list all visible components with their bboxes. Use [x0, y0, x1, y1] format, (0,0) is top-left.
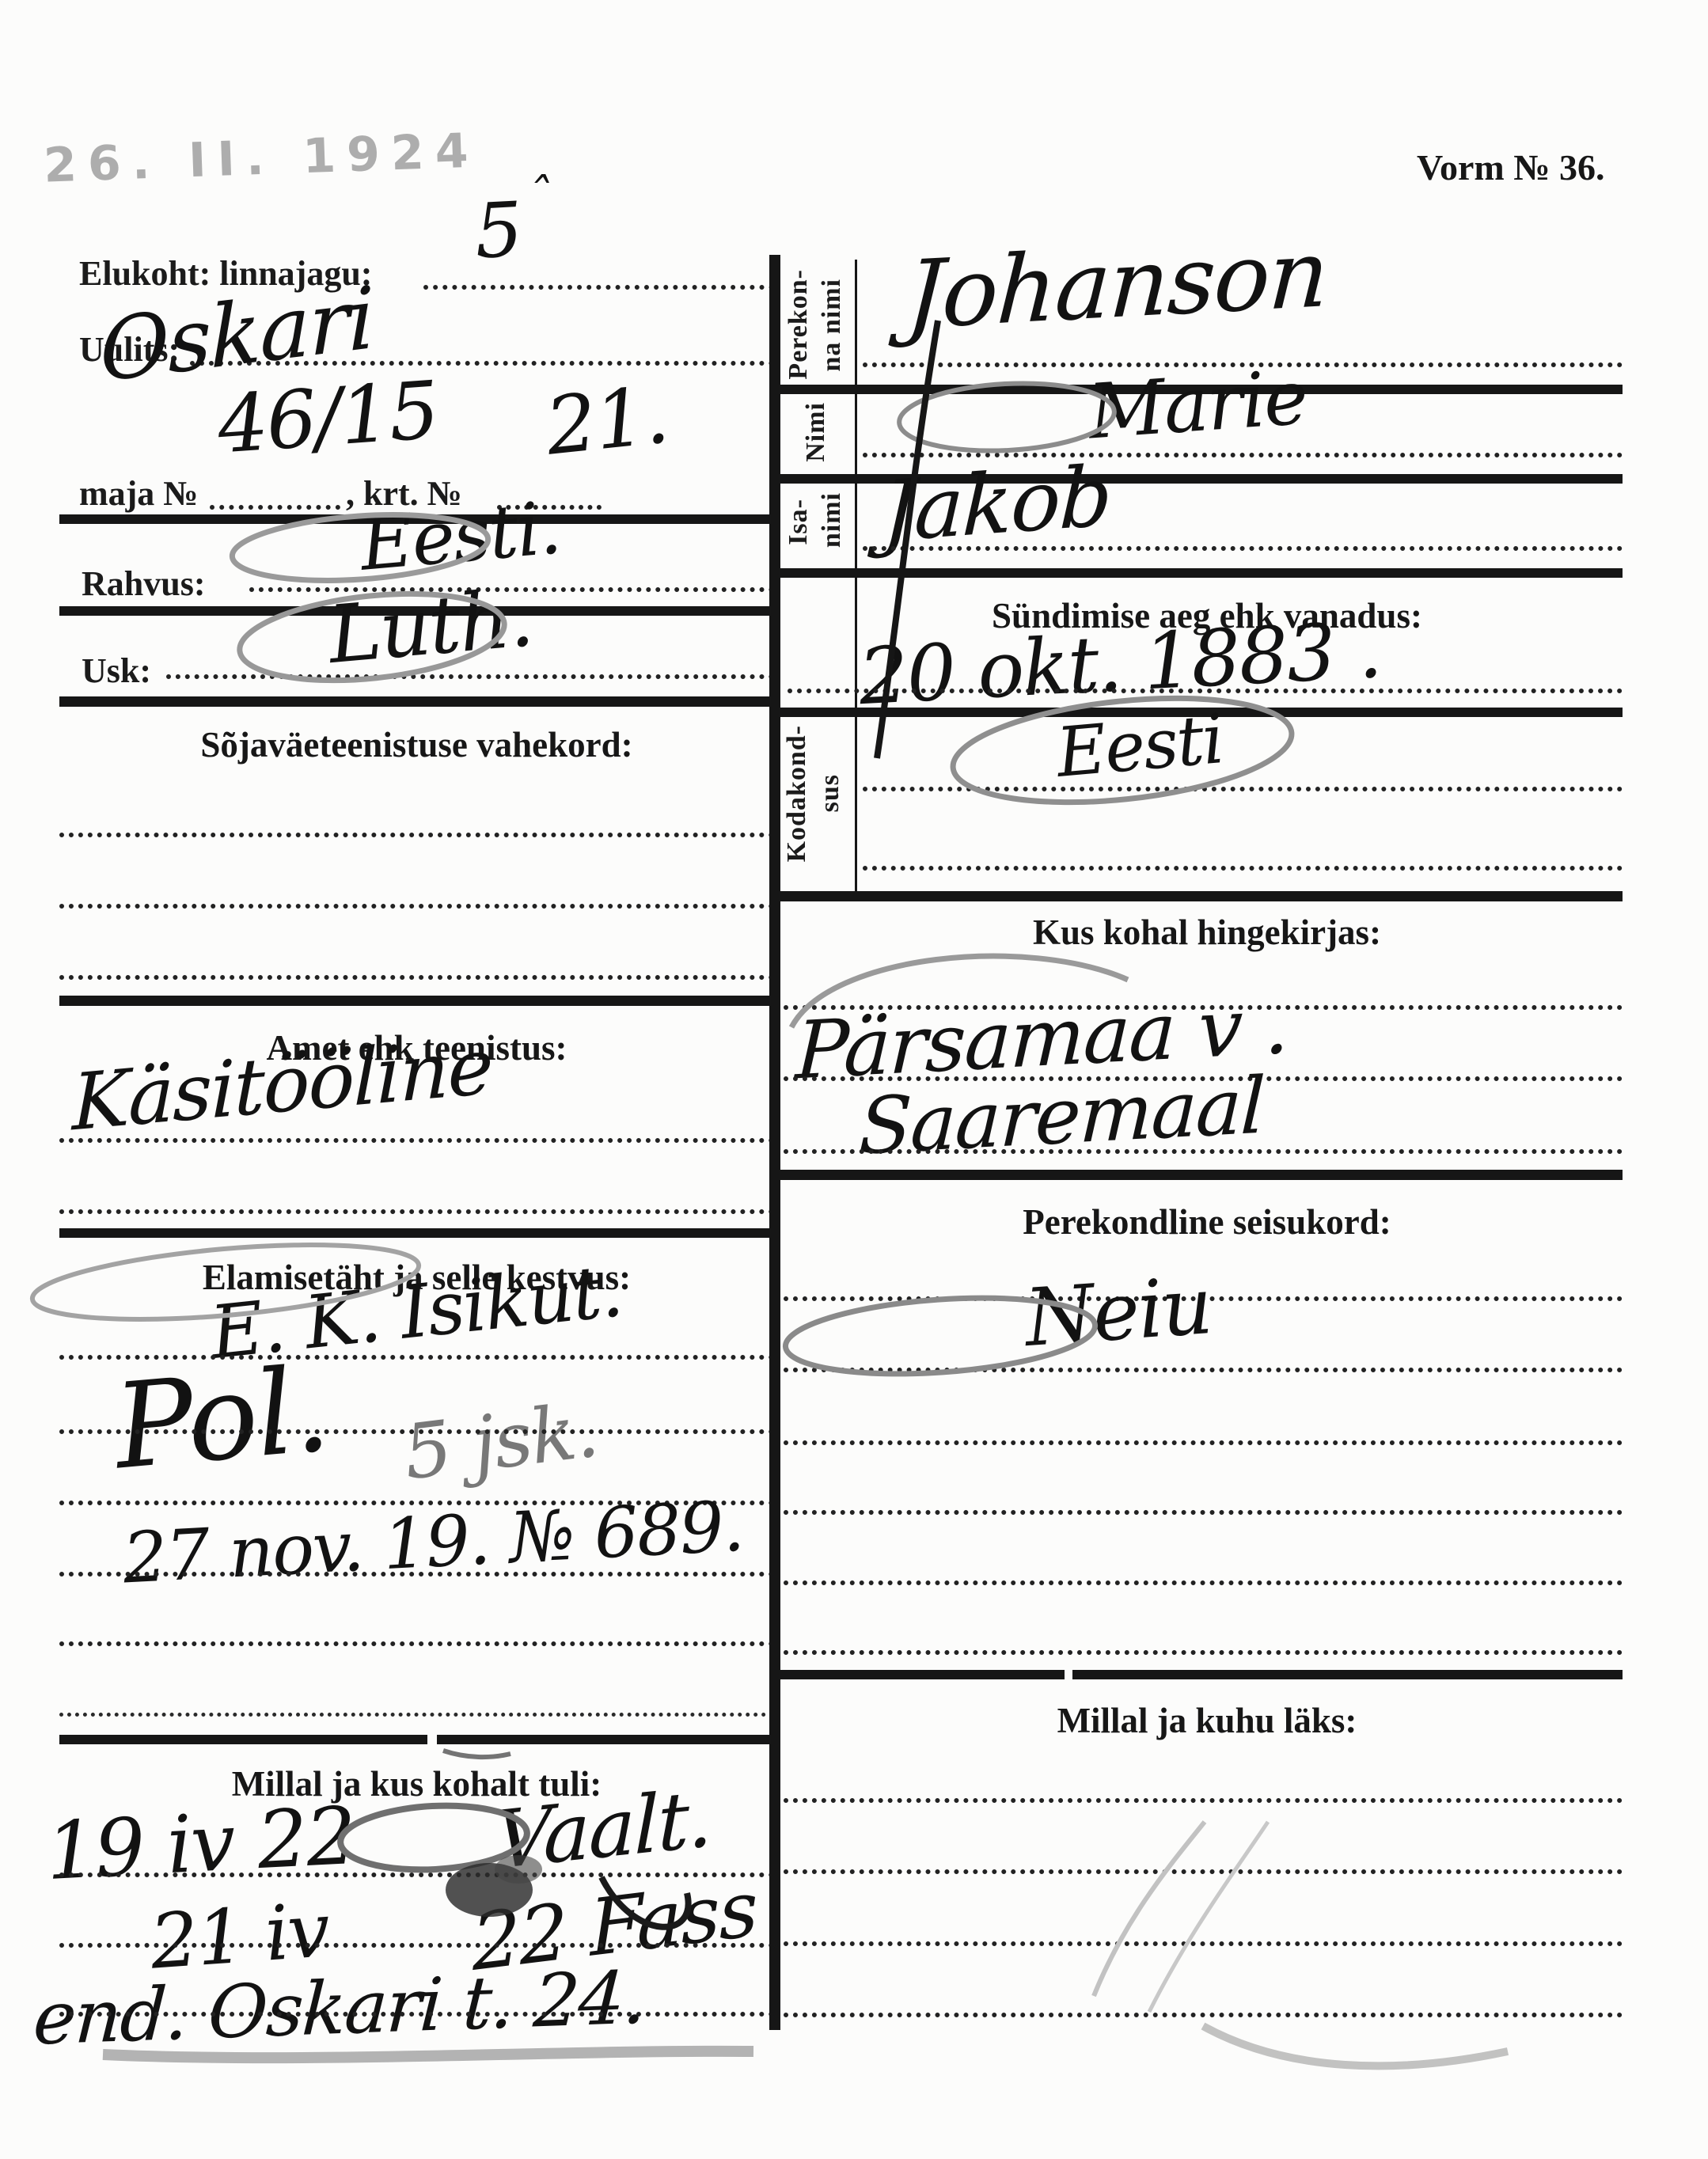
registration-card: 26. II. 1924 Vorm № 36. Elukoht: linnaja… — [0, 0, 1708, 2159]
section-sojavae-header: Sõjaväeteenistuse vahekord: — [59, 724, 774, 765]
field-krt-value: 21. — [542, 375, 671, 466]
field-elamis-value-2: Pol. — [110, 1351, 332, 1486]
field-maja-label: maja № — [79, 473, 199, 514]
field-tuli-value-1a: 19 iv 22 — [44, 1797, 357, 1891]
field-isanimi-line — [863, 546, 1623, 551]
field-perekonnanimi-label: Perekon- — [784, 269, 814, 380]
ruled-line — [784, 1798, 1623, 1803]
divider-horizontal — [437, 1735, 774, 1744]
ruled-line — [59, 1943, 774, 1948]
ruled-line — [863, 866, 1623, 871]
divider-horizontal — [59, 996, 774, 1006]
field-perekonnanimi-value: Johanson — [904, 226, 1330, 342]
ruled-line — [59, 1572, 774, 1577]
field-isanimi-value: Jakob — [882, 455, 1113, 555]
field-maja-value: 46/15 — [215, 370, 440, 465]
field-kodakondsus-value: Eesti — [1054, 705, 1226, 787]
field-isanimi-label: nimi — [817, 492, 847, 548]
ruled-line — [59, 1429, 774, 1434]
ruled-line — [784, 1440, 1623, 1445]
ruled-line — [59, 1641, 774, 1646]
blank-line — [59, 1209, 774, 1214]
field-kodakondsus-label: sus — [815, 774, 845, 812]
ruled-line — [863, 787, 1623, 791]
divider-horizontal — [772, 1670, 1065, 1679]
ruled-line — [784, 1650, 1623, 1655]
field-sundimise-line — [788, 689, 1623, 693]
blank-line — [59, 1138, 774, 1143]
form-number: Vorm № 36. — [1417, 146, 1604, 188]
section-laks-header: Millal ja kuhu läks: — [791, 1700, 1623, 1741]
ruled-line — [784, 1149, 1623, 1154]
ruled-line — [784, 2013, 1623, 2017]
pencil-scribble — [1149, 1822, 1268, 2012]
blank-line — [59, 904, 774, 909]
field-elamis-value-3: 27 nov. 19. № 689. — [121, 1492, 744, 1594]
divider-horizontal — [772, 568, 1623, 578]
ruled-line — [784, 1368, 1623, 1372]
field-tuli-value-3: end. Oskari t. 24. — [32, 1961, 647, 2055]
ruled-line — [784, 1941, 1623, 1946]
field-rahvus-label: Rahvus: — [82, 563, 206, 604]
field-maja-line — [210, 505, 340, 510]
blank-line — [59, 975, 774, 980]
field-isanimi-label: Isa- — [784, 499, 814, 545]
pencil-scribble — [1094, 1822, 1205, 1996]
field-nimi-label: Nimi — [801, 402, 831, 462]
ruled-line — [784, 1580, 1623, 1585]
divider-horizontal — [772, 891, 1623, 901]
field-kodakondsus-label: Kodakond- — [782, 725, 812, 862]
divider-horizontal — [59, 696, 774, 707]
ruled-line — [784, 1869, 1623, 1874]
ruled-line — [784, 1510, 1623, 1515]
divider-horizontal — [59, 1228, 774, 1238]
date-stamp: 26. II. 1924 — [43, 123, 480, 193]
field-tuli-value-1b: Vaalt. — [495, 1778, 712, 1880]
blank-line — [59, 833, 774, 837]
field-perekonnanimi-label: na nimi — [817, 279, 847, 372]
field-elukoht-value: 5 — [473, 193, 523, 271]
field-nimi-value: Marie — [1086, 360, 1309, 450]
field-usk-label: Usk: — [82, 651, 151, 691]
field-elukoht-line — [423, 285, 774, 290]
divider-horizontal — [59, 1735, 427, 1744]
ink-smudge — [443, 1751, 511, 1757]
field-elamis-value-2b: 5 jsk. — [400, 1393, 601, 1491]
field-usk-line — [166, 674, 774, 679]
divider-horizontal — [772, 1170, 1623, 1180]
section-hingekirjas-header: Kus kohal hingekirjas: — [791, 912, 1623, 953]
pencil-scribble — [1203, 2026, 1508, 2066]
divider-vertical — [769, 255, 780, 2030]
field-seisukord-value: Neiu — [1023, 1266, 1213, 1358]
section-seisukord-header: Perekondline seisukord: — [791, 1201, 1623, 1243]
ruled-line — [59, 1713, 774, 1717]
divider-horizontal — [1072, 1670, 1623, 1679]
field-rahvus-value: Eesti. — [357, 491, 563, 582]
ruled-line — [59, 2012, 774, 2017]
field-usk-value: Luth. — [325, 579, 535, 675]
field-elukoht-diacritic: ˆ — [526, 173, 548, 220]
